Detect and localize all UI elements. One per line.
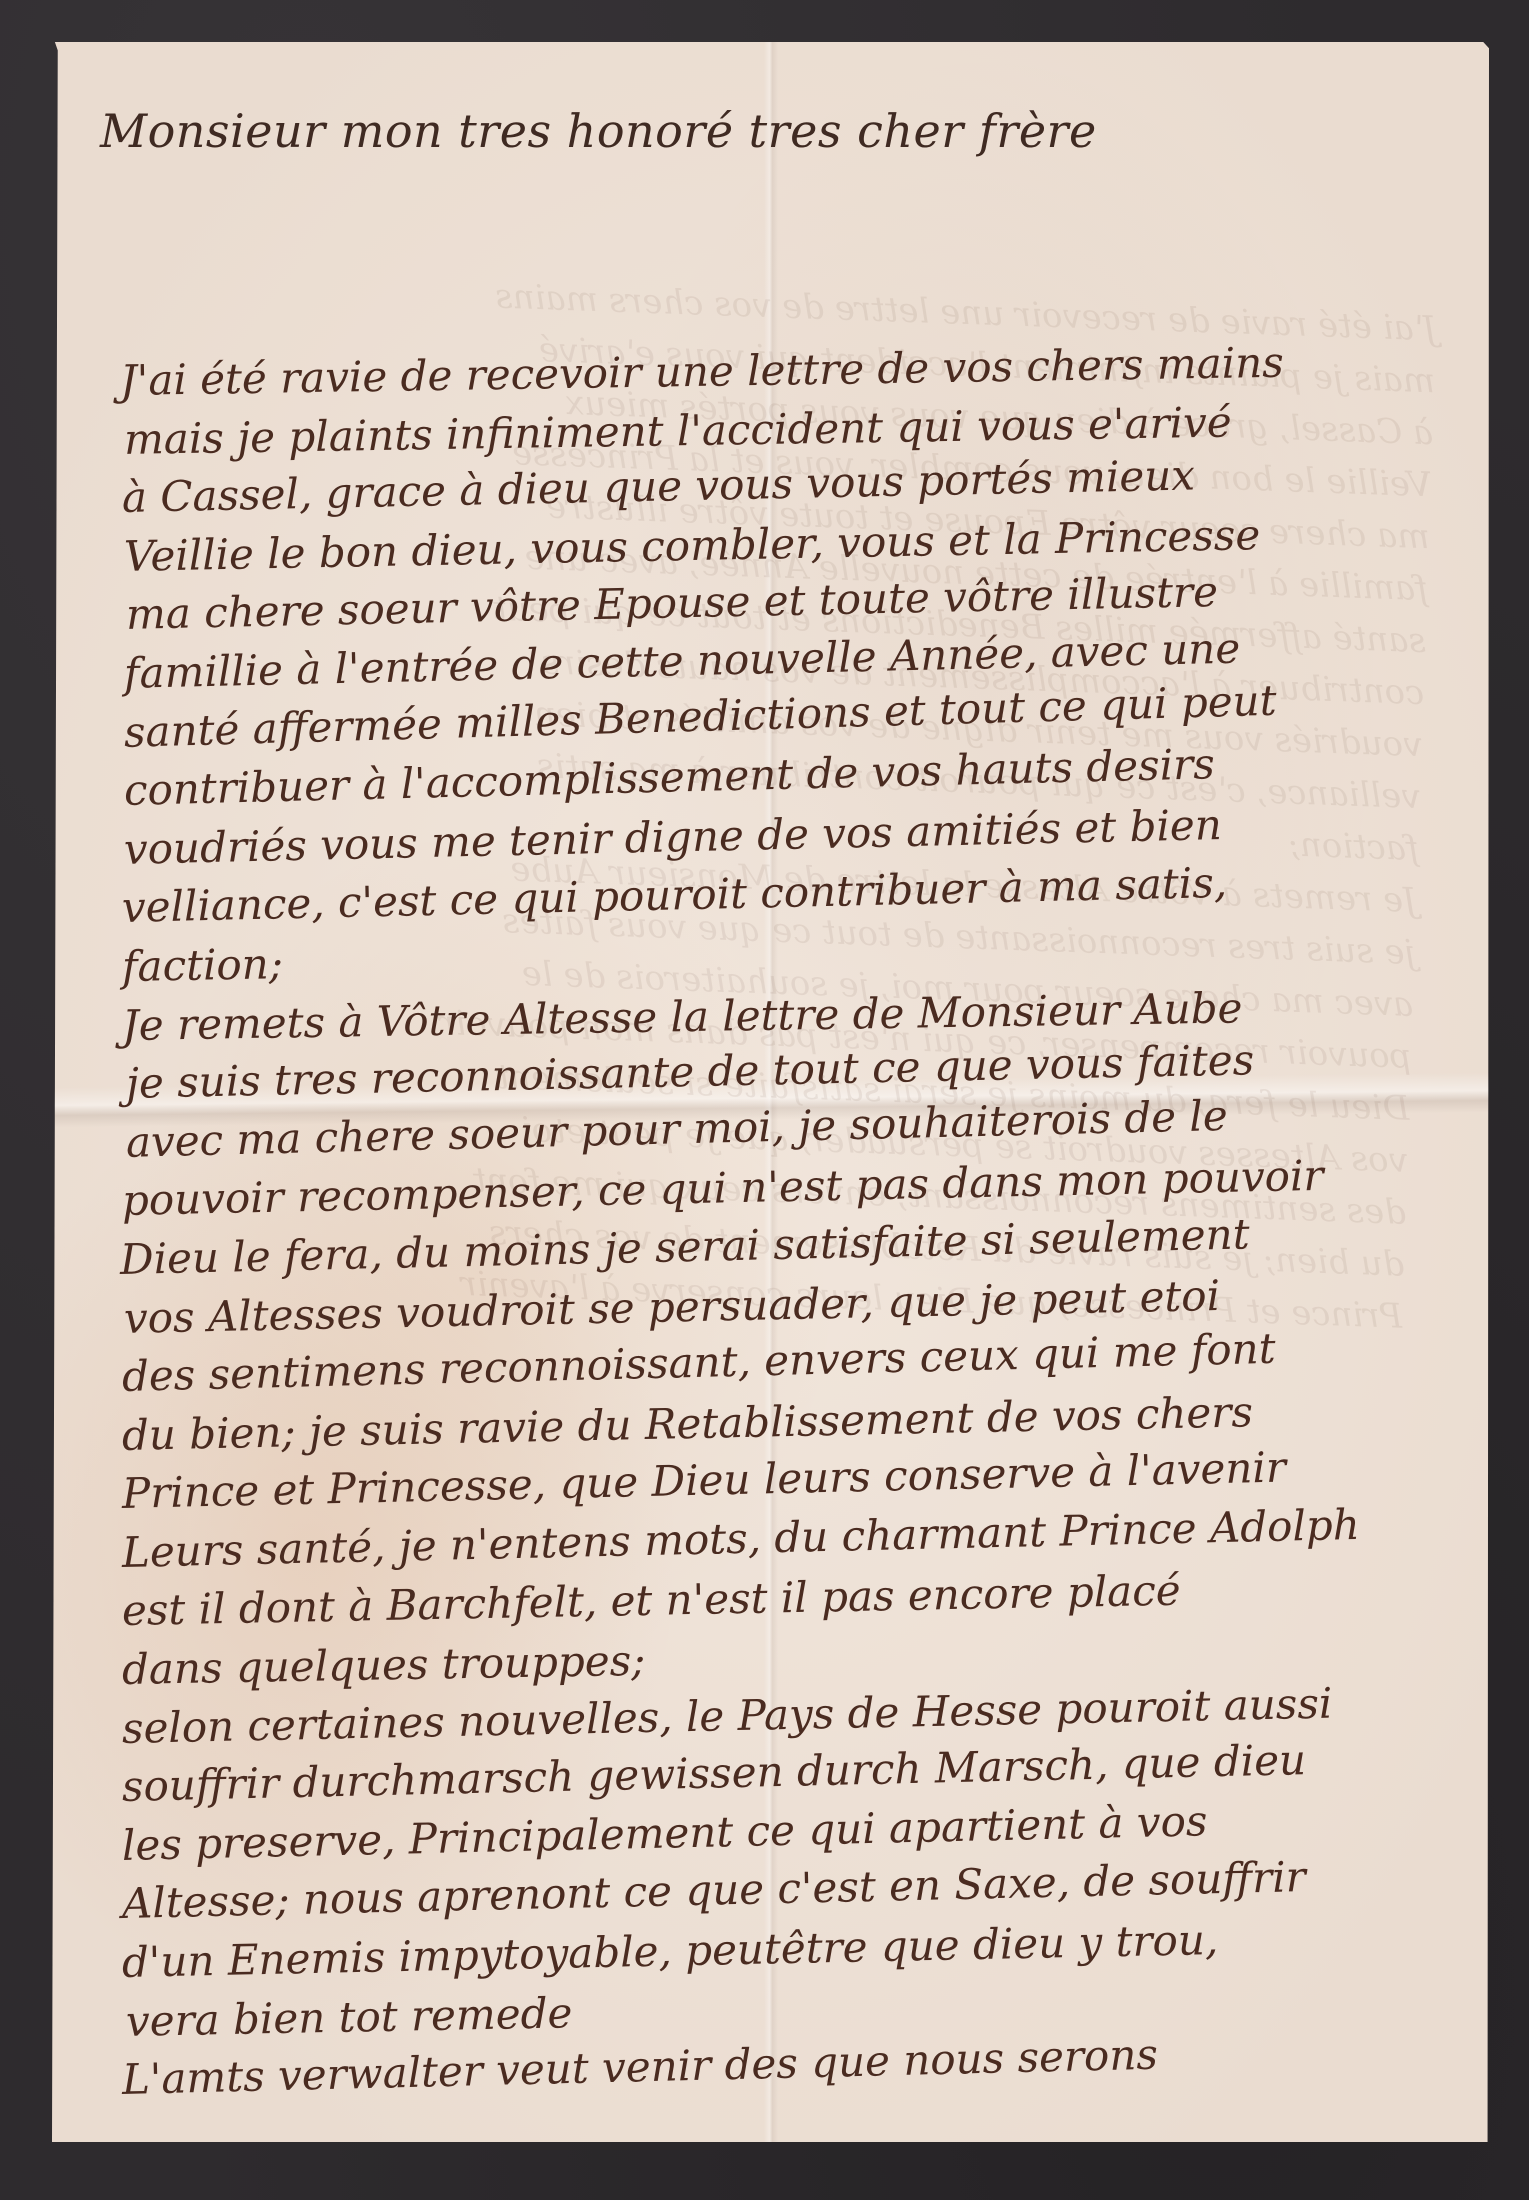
letter-body: J'ai été ravie de recevoir une lettre de…: [120, 352, 1480, 2110]
salutation: Monsieur mon tres honoré tres cher frère: [100, 104, 1097, 158]
